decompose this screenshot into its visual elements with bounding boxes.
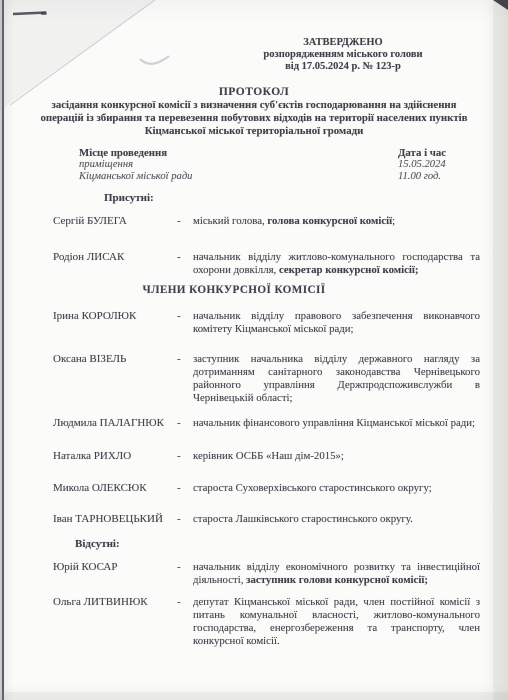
- meta-block: Місце проведення приміщення Кіцманської …: [0, 147, 508, 183]
- place-block: Місце проведення приміщення Кіцманської …: [79, 147, 192, 183]
- attendee-row: Ольга ЛИТВИНЮК - депутат Кіцманської міс…: [0, 596, 508, 648]
- attendee-role: заступник начальника відділу державного …: [193, 353, 480, 405]
- attendee-row: Наталка РИХЛО - керівник ОСББ «Наш дім-2…: [0, 450, 508, 463]
- dash-separator: -: [177, 251, 193, 277]
- place-label: Місце проведення: [79, 147, 192, 159]
- attendee-role: керівник ОСББ «Наш дім-2015»;: [193, 450, 480, 463]
- attendee-row: Оксана ВІЗЕЛЬ - заступник начальника від…: [0, 353, 508, 405]
- attendee-name: Людмила ПАЛАГНЮК: [53, 417, 177, 430]
- attendee-role: депутат Кіцманської міської ради, член п…: [193, 596, 480, 648]
- staple-mark-tip: [41, 12, 47, 15]
- attendee-name: Родіон ЛИСАК: [53, 251, 177, 277]
- attendee-role: начальник фінансового управління Кіцманс…: [193, 417, 480, 430]
- dash-separator: -: [177, 596, 193, 648]
- present-section-label: Присутні:: [104, 192, 508, 205]
- dash-separator: -: [177, 215, 193, 228]
- staple-mark: [13, 13, 46, 15]
- dash-separator: -: [177, 450, 193, 463]
- attendee-name: Сергій БУЛЕГА: [53, 215, 177, 228]
- scanned-protocol-page: ЗАТВЕРДЖЕНО розпорядженням міського голо…: [0, 0, 508, 700]
- meeting-time: 11.00 год.: [398, 171, 460, 183]
- dash-separator: -: [177, 513, 193, 526]
- attendee-role: начальник відділу житлово-комунального г…: [193, 251, 480, 277]
- approval-line-1: ЗАТВЕРДЖЕНО: [248, 37, 438, 49]
- attendee-row: Іван ТАРНОВЕЦЬКИЙ - староста Лашківськог…: [0, 513, 508, 526]
- dash-separator: -: [177, 482, 193, 495]
- attendee-role: староста Суховерхівського старостинськог…: [193, 482, 480, 495]
- dash-separator: -: [177, 310, 193, 336]
- datetime-block: Дата і час 15.05.2024 11.00 год.: [398, 147, 460, 183]
- dash-separator: -: [177, 561, 193, 587]
- document-subtitle: засідання конкурсної комісії з визначенн…: [0, 99, 508, 138]
- attendee-role: міський голова, голова конкурсної комісі…: [193, 215, 480, 228]
- place-line-1: приміщення: [79, 159, 192, 171]
- subtitle-line-1: засідання конкурсної комісії з визначенн…: [0, 99, 508, 112]
- dash-separator: -: [177, 417, 193, 430]
- attendee-name: Ірина КОРОЛЮК: [53, 310, 177, 336]
- attendee-role: начальник відділу правового забезпечення…: [193, 310, 480, 336]
- attendee-role: староста Лашківського старостинського ок…: [193, 513, 480, 526]
- page-title: ПРОТОКОЛ: [0, 85, 508, 99]
- attendee-row: Юрій КОСАР - начальник відділу економічн…: [0, 561, 508, 587]
- attendee-role: начальник відділу економічного розвитку …: [193, 561, 480, 587]
- subtitle-line-3: Кіцманської міської територіальної грома…: [0, 125, 508, 138]
- subtitle-line-2: операцій із збирання та перевезення побу…: [0, 112, 508, 125]
- meeting-date: 15.05.2024: [398, 159, 460, 171]
- attendee-name: Ольга ЛИТВИНЮК: [53, 596, 177, 648]
- datetime-label: Дата і час: [398, 147, 460, 159]
- pen-curl-mark: [140, 56, 169, 64]
- corner-shadow: [493, 0, 508, 10]
- place-line-2: Кіцманської міської ради: [79, 171, 192, 183]
- approval-line-2: розпорядженням міського голови: [248, 49, 438, 61]
- attendee-row: Людмила ПАЛАГНЮК - начальник фінансового…: [0, 417, 508, 430]
- attendee-name: Микола ОЛЕКСЮК: [53, 482, 177, 495]
- attendee-name: Іван ТАРНОВЕЦЬКИЙ: [53, 513, 177, 526]
- pen-curl-mark-inner: [144, 59, 163, 63]
- attendee-name: Оксана ВІЗЕЛЬ: [53, 353, 177, 405]
- members-section-heading: ЧЛЕНИ КОНКУРСНОЇ КОМІСІЇ: [0, 284, 488, 297]
- attendee-row: Ірина КОРОЛЮК - начальник відділу правов…: [0, 310, 508, 336]
- dash-separator: -: [177, 353, 193, 405]
- attendee-row: Микола ОЛЕКСЮК - староста Суховерхівсько…: [0, 482, 508, 495]
- approval-line-3: від 17.05.2024 р. № 123-р: [248, 61, 438, 73]
- attendee-name: Наталка РИХЛО: [53, 450, 177, 463]
- document-title-block: ПРОТОКОЛ засідання конкурсної комісії з …: [0, 85, 508, 138]
- attendee-name: Юрій КОСАР: [53, 561, 177, 587]
- bottom-edge-band: [0, 692, 508, 700]
- attendee-row: Родіон ЛИСАК - начальник відділу житлово…: [0, 251, 508, 277]
- absent-section-label: Відсутні:: [75, 538, 508, 551]
- attendee-row: Сергій БУЛЕГА - міський голова, голова к…: [0, 215, 508, 228]
- approval-block: ЗАТВЕРДЖЕНО розпорядженням міського голо…: [248, 37, 438, 73]
